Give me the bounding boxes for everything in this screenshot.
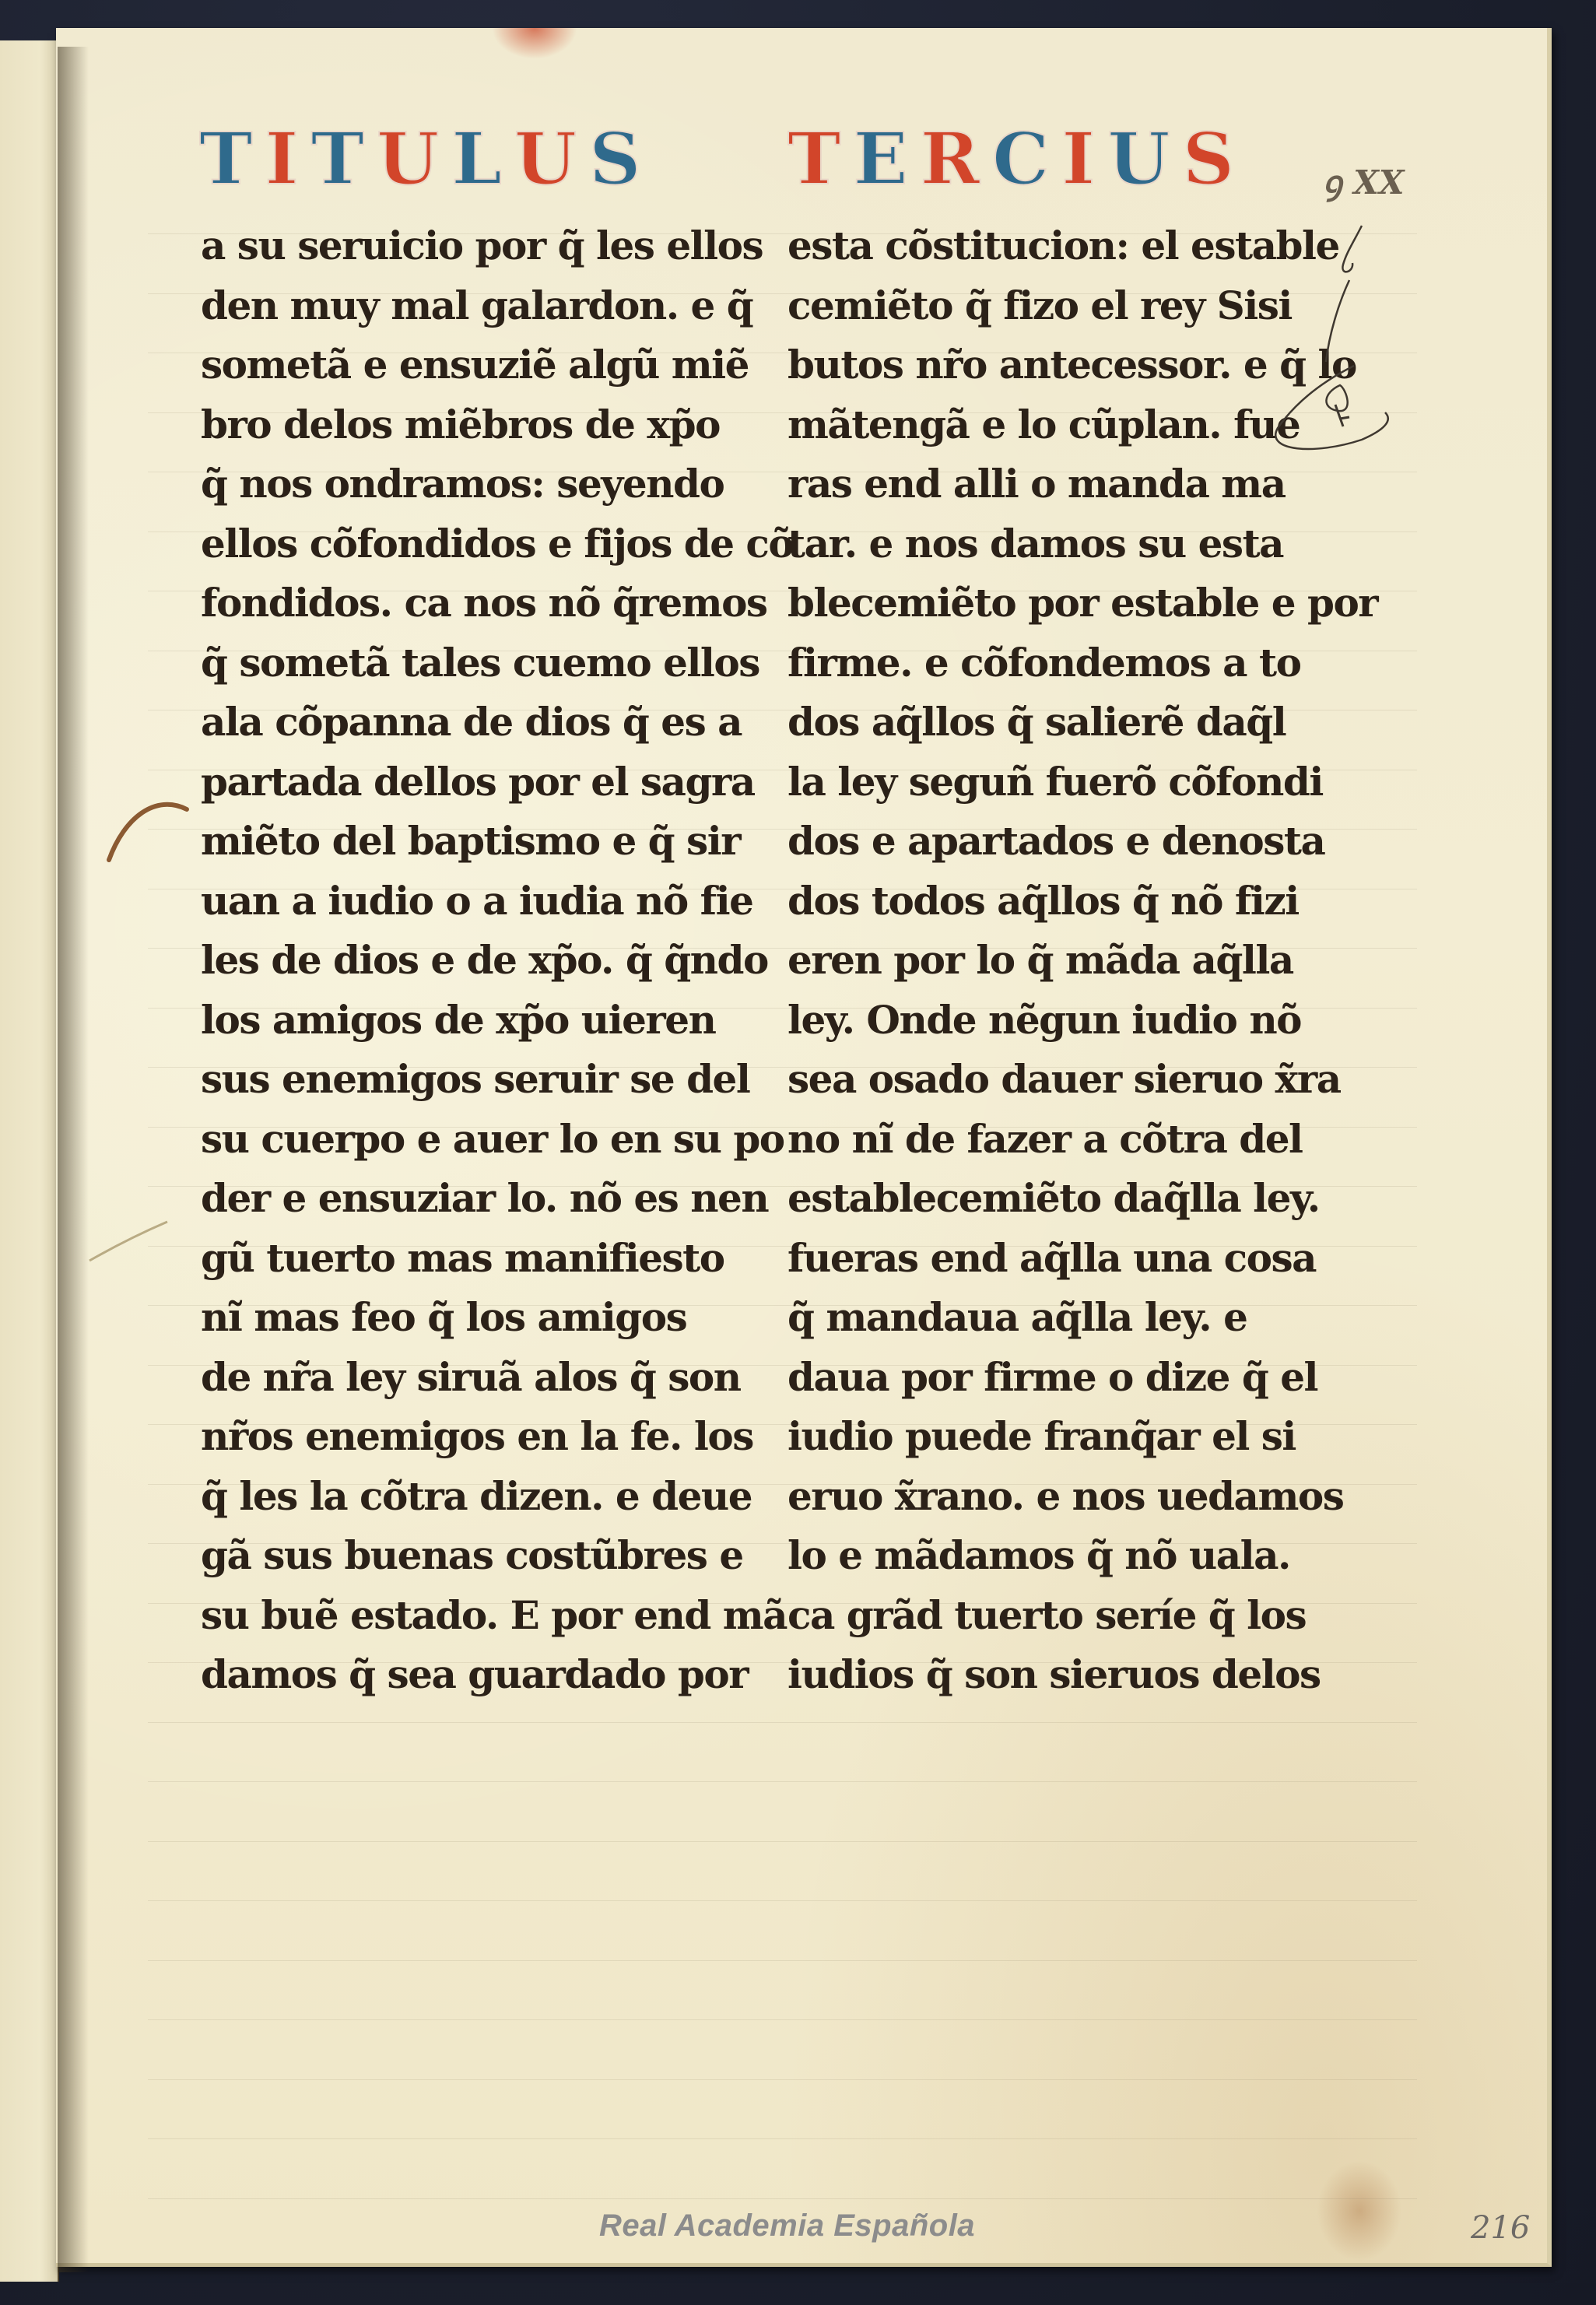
rubric-letter: T <box>784 123 847 195</box>
manuscript-line: fondidos. ca nos nõ q̃remos <box>201 574 745 633</box>
manuscript-line: eren por lo q̃ mãda aq̃lla <box>787 931 1332 991</box>
page-crease <box>86 1214 171 1268</box>
manuscript-line: bro delos miẽbros de xp̃o <box>201 395 745 455</box>
gutter-shadow <box>58 47 89 2272</box>
manuscript-line: tar. e nos damos su esta <box>787 514 1332 574</box>
manuscript-line: q̃ nos ondramos: seyendo <box>201 454 745 514</box>
manuscript-line: ras end alli o manda ma <box>787 454 1332 514</box>
manuscript-line: der e ensuziar lo. nõ es nen <box>201 1169 745 1229</box>
manuscript-line: uan a iudio o a iudia nõ fie <box>201 872 745 931</box>
manuscript-line: q̃ sometã tales cuemo ellos <box>201 633 745 693</box>
manuscript-line: q̃ mandaua aq̃lla ley. e <box>787 1288 1332 1348</box>
manuscript-line: ca grãd tuerto seríe q̃ los <box>787 1586 1332 1646</box>
brown-stain-bottom <box>1317 2160 1402 2261</box>
facing-page-edge <box>0 40 59 2282</box>
rubric-letter: U <box>511 123 583 195</box>
manuscript-line: cemiẽto q̃ fizo el rey Sisi <box>787 276 1332 336</box>
ruling-line <box>148 1900 1417 1901</box>
manuscript-line: sea osado dauer sieruo x̃ra <box>787 1050 1332 1110</box>
manuscript-line: de nr̃a ley siruã alos q̃ son <box>201 1348 745 1408</box>
manuscript-line: nr̃os enemigos en la fe. los <box>201 1407 745 1467</box>
manuscript-line: eruo x̃rano. e nos uedamos <box>787 1467 1332 1527</box>
ruling-line <box>148 1841 1417 1842</box>
rubric-letter: T <box>196 123 258 195</box>
manuscript-line: su buẽ estado. E por end mã <box>201 1586 745 1646</box>
manuscript-line: den muy mal galardon. e q̃ <box>201 276 745 336</box>
manuscript-line: su cuerpo e auer lo en su po <box>201 1110 745 1170</box>
manuscript-line: lo e mãdamos q̃ nõ uala. <box>787 1526 1332 1586</box>
manuscript-line: dos aq̃llos q̃ salierẽ daq̃l <box>787 693 1332 753</box>
manuscript-line: butos nr̃o antecessor. e q̃ lo <box>787 335 1332 395</box>
ruling-line <box>148 1960 1417 1961</box>
rubric-letter: I <box>261 123 304 195</box>
manuscript-line: q̃ les la cõtra dizen. e deue <box>201 1467 745 1527</box>
ruling-line <box>148 2019 1417 2020</box>
manuscript-line: la ley seguñ fuerõ cõfondi <box>787 753 1332 812</box>
manuscript-line: establecemiẽto daq̃lla ley. <box>787 1169 1332 1229</box>
brown-ink-mark <box>101 786 195 872</box>
manuscript-line: a su seruicio por q̃ les ellos <box>201 216 745 276</box>
manuscript-line: gã sus buenas costũbres e <box>201 1526 745 1586</box>
manuscript-line: mãtengã e lo cũplan. fue <box>787 395 1332 455</box>
manuscript-line: sus enemigos seruir se del <box>201 1050 745 1110</box>
manuscript-line: ellos cõfondidos e fijos de cõ <box>201 514 745 574</box>
ruling-line <box>148 2079 1417 2080</box>
rubric-letter: C <box>989 123 1055 195</box>
manuscript-line: miẽto del baptismo e q̃ sir <box>201 812 745 872</box>
ruling-line <box>148 2198 1417 2199</box>
manuscript-line: ley. Onde nẽgun iudio nõ <box>787 991 1332 1051</box>
manuscript-line: damos q̃ sea guardado por <box>201 1645 745 1705</box>
manuscript-line: firme. e cõfondemos a to <box>787 633 1332 693</box>
manuscript-line: ala cõpanna de dios q̃ es a <box>201 693 745 753</box>
rubric-letter: E <box>850 123 914 195</box>
rubric-letter: S <box>1180 123 1240 195</box>
watermark-text: Real Academia Española <box>599 2209 975 2244</box>
text-column-left: a su seruicio por q̃ les ellosden muy ma… <box>201 216 745 1705</box>
rubric-letter: S <box>586 123 647 195</box>
manuscript-line: sometã e ensuziẽ algũ miẽ <box>201 335 745 395</box>
manuscript-line: partada dellos por el sagra <box>201 753 745 812</box>
margin-note-top-right: ꝯ XX <box>1323 160 1404 204</box>
manuscript-line: blecemiẽto por estable e por <box>787 574 1332 633</box>
text-column-right: esta cõstitucion: el establecemiẽto q̃ f… <box>787 216 1332 1705</box>
manuscript-line: no nĩ de fazer a cõtra del <box>787 1110 1332 1170</box>
manuscript-line: esta cõstitucion: el estable <box>787 216 1332 276</box>
manuscript-line: gũ tuerto mas manifiesto <box>201 1229 745 1289</box>
rubric-letter: U <box>1104 123 1176 195</box>
rubric-letter: U <box>374 123 445 195</box>
manuscript-line: daua por firme o dize q̃ el <box>787 1348 1332 1408</box>
manuscript-line: fueras end aq̃lla una cosa <box>787 1229 1332 1289</box>
manuscript-line: los amigos de xp̃o uieren <box>201 991 745 1051</box>
rubric-letter: R <box>917 123 986 195</box>
manuscript-line: nĩ mas feo q̃ los amigos <box>201 1288 745 1348</box>
folio-number: 216 <box>1471 2210 1530 2246</box>
manuscript-line: dos todos aq̃llos q̃ nõ fizi <box>787 872 1332 931</box>
ruling-line <box>148 2138 1417 2139</box>
manuscript-line: les de dios e de xp̃o. q̃ q̃ndo <box>201 931 745 991</box>
manuscript-line: iudio puede franq̃ar el si <box>787 1407 1332 1467</box>
rubric-heading-left: TITULUS <box>196 121 647 195</box>
red-stain-top <box>492 28 577 59</box>
rubric-letter: L <box>448 123 508 195</box>
rubric-heading-right: TERCIUS <box>784 121 1240 195</box>
rubric-letter: T <box>308 123 370 195</box>
ruling-line <box>148 1781 1417 1782</box>
manuscript-line: iudios q̃ son sieruos delos <box>787 1645 1332 1705</box>
manuscript-line: dos e apartados e denosta <box>787 812 1332 872</box>
ruling-line <box>148 1722 1417 1723</box>
margin-flourish-icon <box>1268 218 1401 475</box>
rubric-letter: I <box>1058 123 1101 195</box>
